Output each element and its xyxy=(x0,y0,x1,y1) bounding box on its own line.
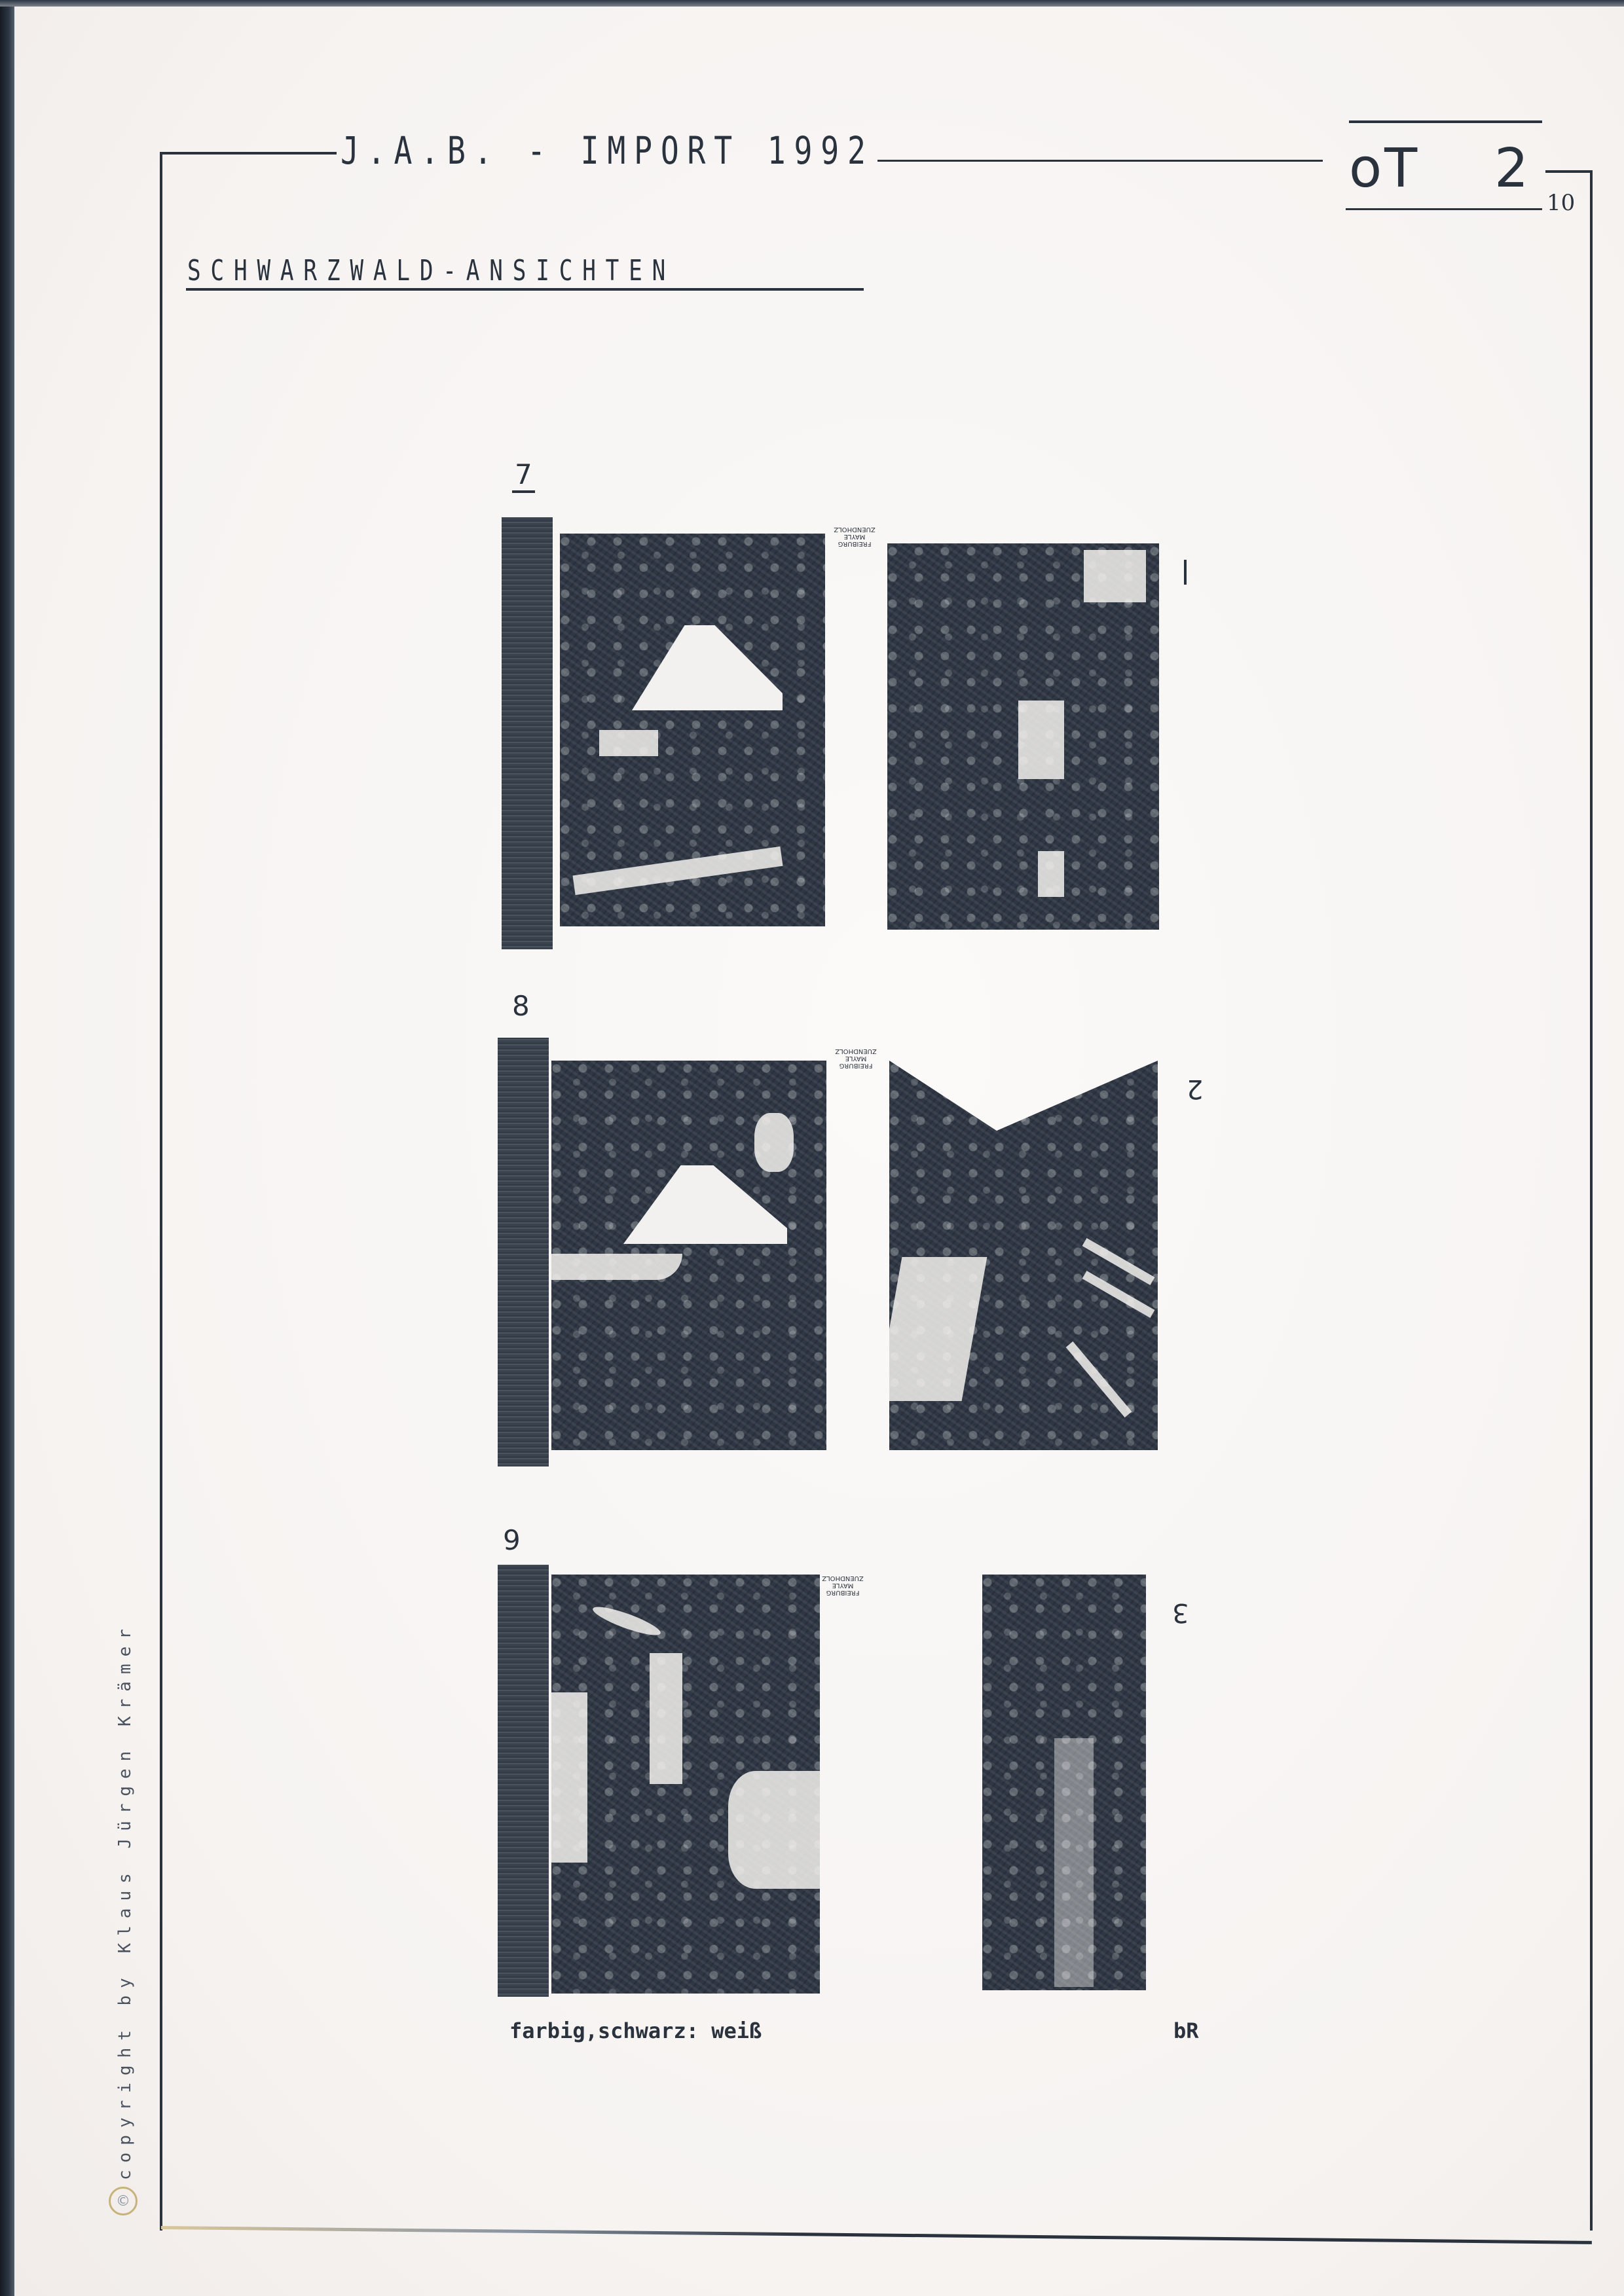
publisher-stamp-8: FREIBURGMAYLEZUENDHOLZ xyxy=(833,1048,879,1069)
reference-code: oT xyxy=(1349,137,1420,200)
row-label-8: 8 xyxy=(512,990,530,1022)
publisher-stamp-9: FREIBURGMAYLEZUENDHOLZ xyxy=(820,1575,866,1596)
reference-box-top-rule xyxy=(1349,120,1542,123)
reference-box-bottom-rule xyxy=(1346,208,1542,210)
margin-mark-9: 3 xyxy=(1172,1597,1189,1628)
postcard-back-9 xyxy=(982,1575,1146,1990)
row-label-9: 9 xyxy=(503,1524,521,1556)
frame-top-border-right xyxy=(877,160,1323,162)
frame-right-cap xyxy=(1545,170,1593,173)
page-subnumber: 10 xyxy=(1547,190,1575,216)
frame-left-border xyxy=(160,152,162,2231)
postcard-front-8 xyxy=(551,1061,826,1450)
row-label-7: 7 xyxy=(512,458,535,493)
section-title: SCHWARZWALD-ANSICHTEN xyxy=(187,254,675,287)
margin-mark-8: 2 xyxy=(1187,1074,1203,1104)
postcard-front-9 xyxy=(551,1575,820,1994)
postcard-front-7 xyxy=(560,534,825,926)
caption-initials: bR xyxy=(1173,2018,1199,2043)
copyright-notice: copyright by Klaus Jürgen Krämer xyxy=(115,1622,135,2180)
section-title-underline xyxy=(186,288,864,291)
reference-number: 2 xyxy=(1494,137,1528,200)
postcard-spine-7 xyxy=(502,517,553,949)
postcard-back-7 xyxy=(887,543,1159,930)
frame-right-border xyxy=(1590,172,1593,2231)
frame-top-border-left xyxy=(160,152,337,155)
caption-color-note: farbig,schwarz: weiß xyxy=(509,2018,762,2043)
header-title: J.A.B. - IMPORT 1992 xyxy=(341,128,874,173)
copyright-icon: © xyxy=(109,2187,138,2215)
scan-edge-left xyxy=(0,0,14,2296)
publisher-stamp-7: FREIBURGMAYLEZUENDHOLZ xyxy=(832,526,877,547)
postcard-spine-9 xyxy=(498,1565,549,1997)
postcard-spine-8 xyxy=(498,1038,549,1467)
margin-tick-7 xyxy=(1184,560,1187,585)
scan-edge-top xyxy=(0,0,1624,7)
postcard-back-8 xyxy=(889,1061,1158,1450)
